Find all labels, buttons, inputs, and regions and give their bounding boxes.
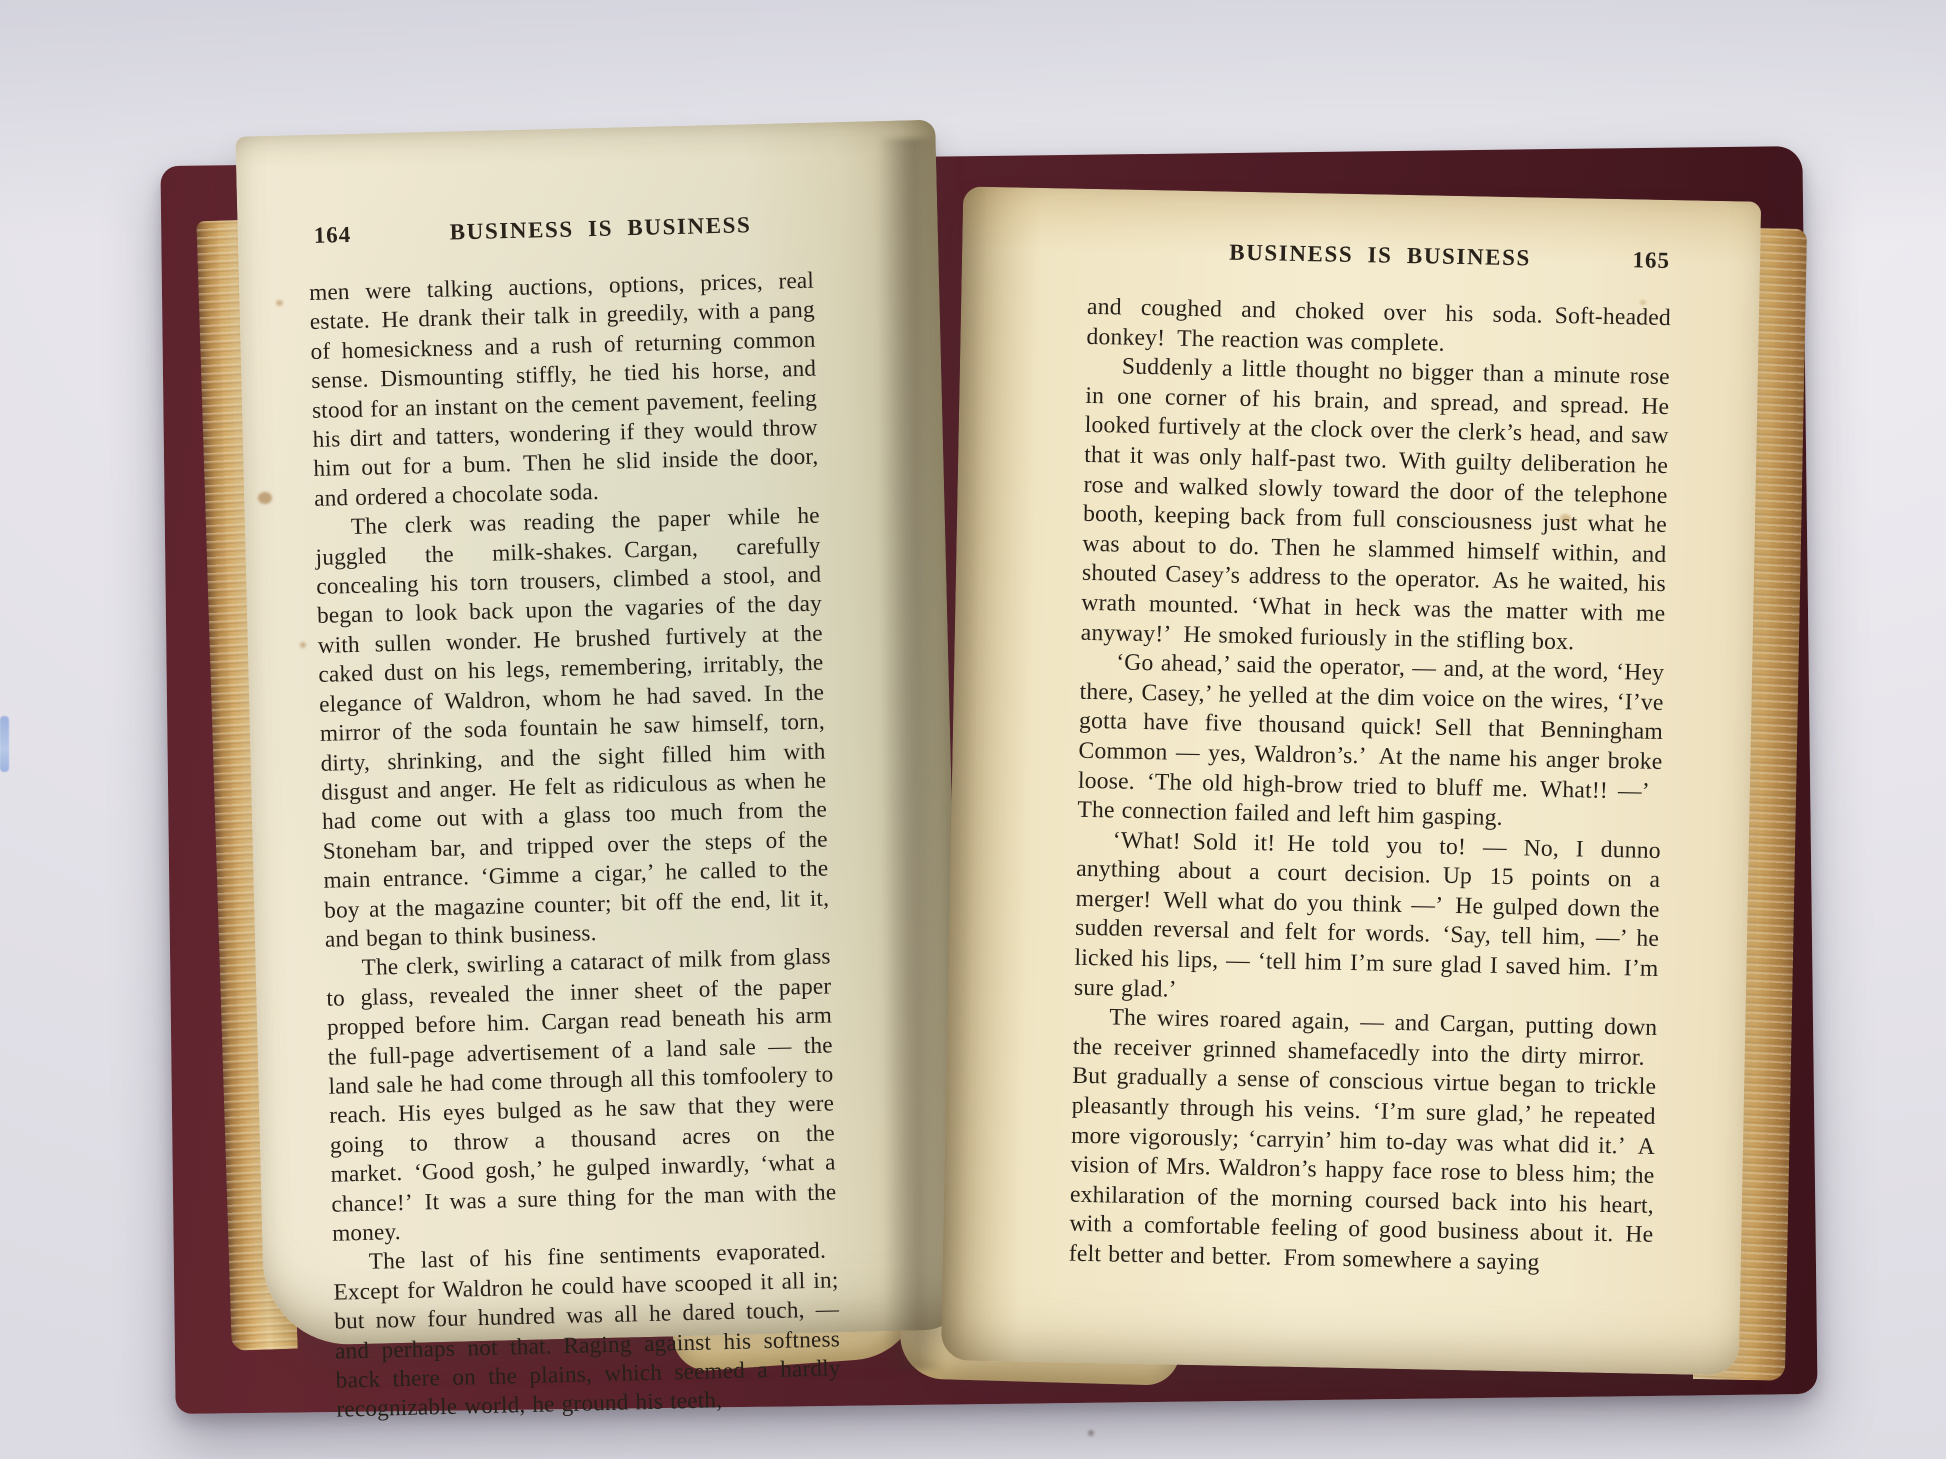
foxing-spot xyxy=(258,492,272,504)
paragraph: Suddenly a little thought no bigger than… xyxy=(1081,352,1671,659)
right-running-head: BUSINESS IS BUSINESS 165 xyxy=(1088,237,1673,282)
foxing-spot xyxy=(276,300,283,306)
left-page-number: 164 xyxy=(313,222,351,249)
running-title: BUSINESS IS BUSINESS xyxy=(1229,240,1531,272)
paragraph: The last of his fine sentiments evaporat… xyxy=(333,1237,842,1426)
right-page-content: BUSINESS IS BUSINESS 165 and coughed and… xyxy=(1069,237,1673,1281)
left-text-block: men were talking auctions, options, pric… xyxy=(309,267,842,1426)
left-running-head: 164 BUSINESS IS BUSINESS xyxy=(307,211,813,257)
paragraph: The clerk was reading the paper while he… xyxy=(315,502,831,955)
right-page-number: 165 xyxy=(1632,247,1670,274)
paragraph: The wires roared again, — and Cargan, pu… xyxy=(1069,1003,1658,1281)
photograph-of-open-book: 164 BUSINESS IS BUSINESS men were talkin… xyxy=(0,0,1946,1459)
paragraph: men were talking auctions, options, pric… xyxy=(309,267,820,515)
paragraph: and coughed and choked over his soda. So… xyxy=(1086,293,1671,363)
left-page-content: 164 BUSINESS IS BUSINESS men were talkin… xyxy=(307,211,841,1426)
right-page: BUSINESS IS BUSINESS 165 and coughed and… xyxy=(941,186,1761,1375)
foxing-spot xyxy=(300,642,306,648)
left-page: 164 BUSINESS IS BUSINESS men were talkin… xyxy=(235,120,964,1347)
running-title: BUSINESS IS BUSINESS xyxy=(449,212,751,245)
foxing-spot xyxy=(1560,514,1571,523)
paragraph: ‘Go ahead,’ said the operator, — and, at… xyxy=(1077,648,1664,837)
foxing-spot xyxy=(1640,300,1646,305)
blue-ink-mark xyxy=(0,716,9,772)
paragraph: ‘What! Sold it! He told you to! — No, I … xyxy=(1074,825,1661,1014)
background-speck xyxy=(1088,1430,1094,1436)
paragraph: The clerk, swirling a cataract of milk f… xyxy=(325,943,837,1249)
right-text-block: and coughed and choked over his soda. So… xyxy=(1069,293,1672,1281)
